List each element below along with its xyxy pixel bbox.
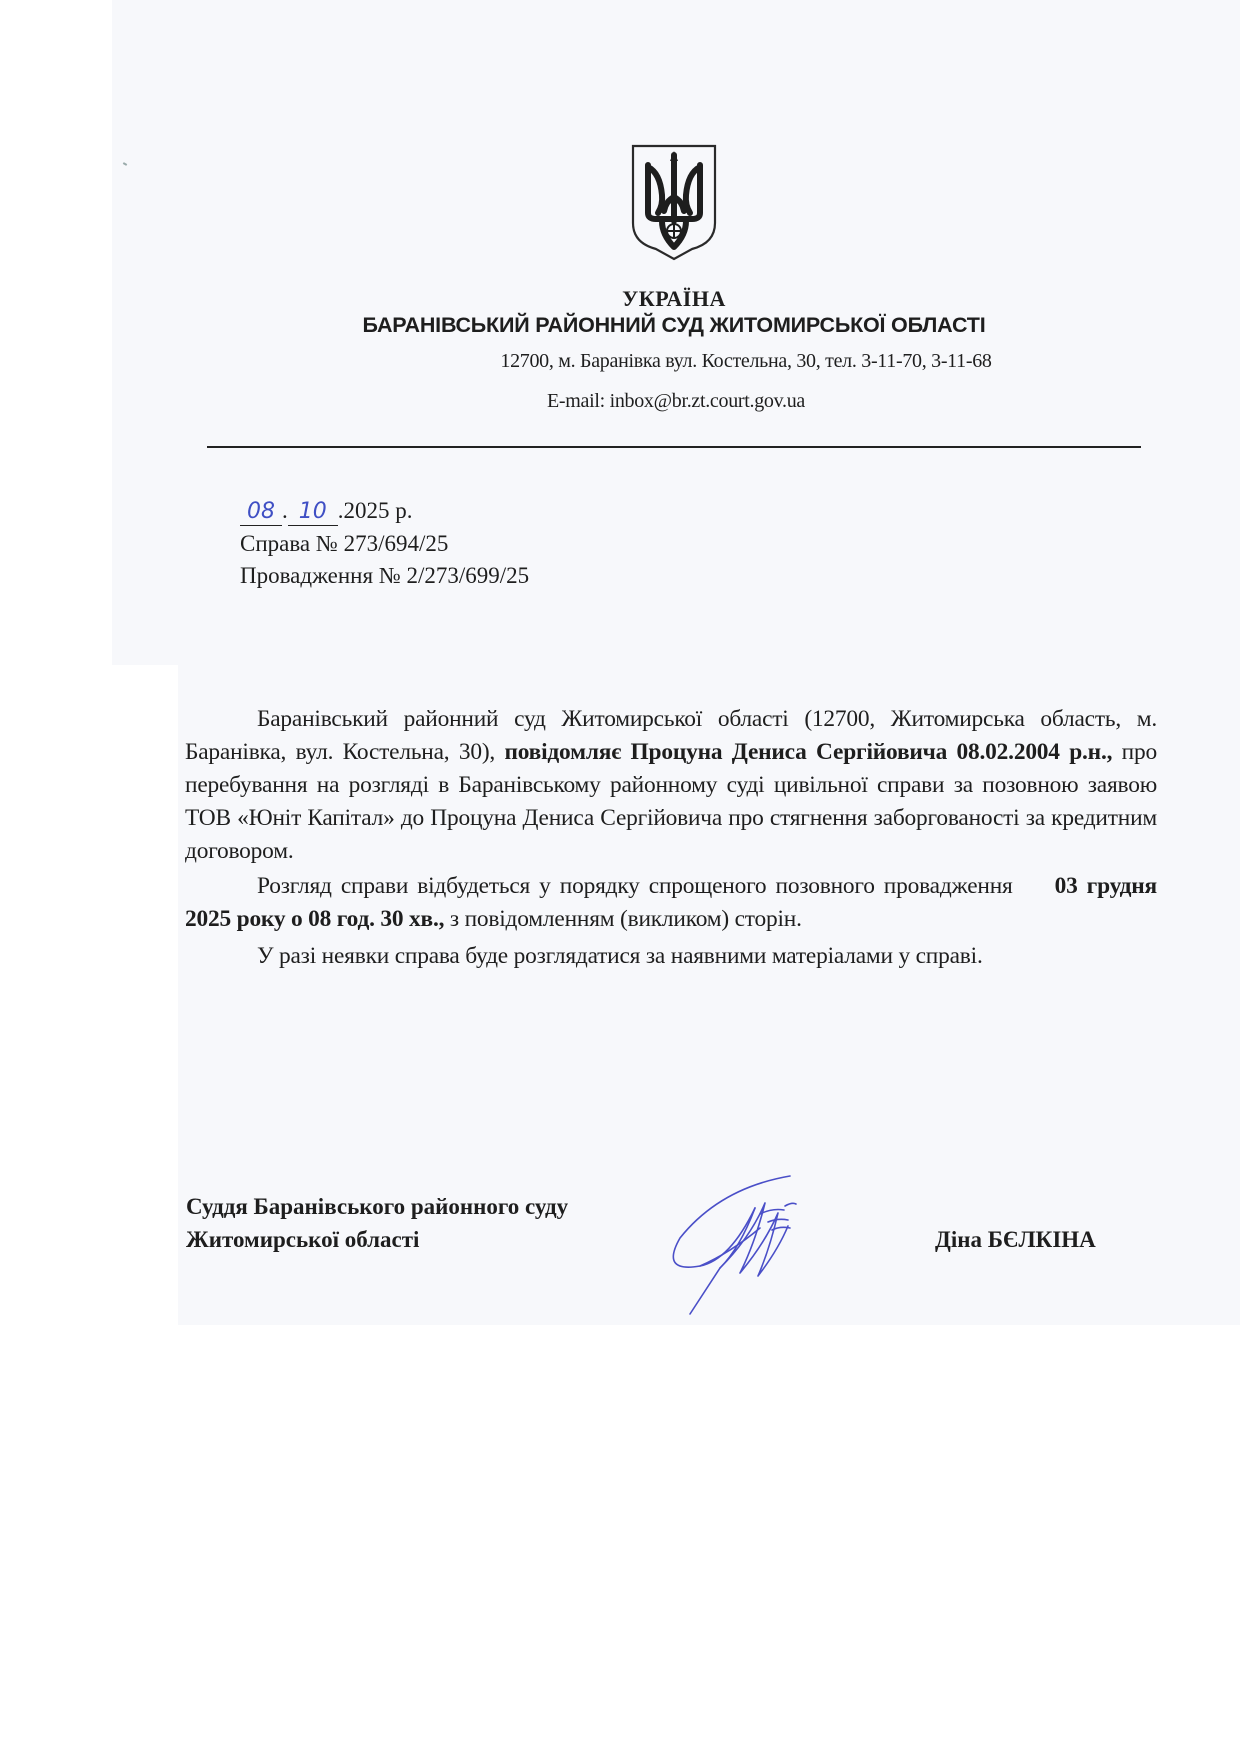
court-email: E-mail: inbox@br.zt.court.gov.ua bbox=[56, 390, 1240, 413]
letter-date: 08.10.2025 р. bbox=[240, 496, 413, 526]
country-heading: УКРАЇНА bbox=[54, 286, 1240, 312]
judge-title-line2: Житомирської області bbox=[186, 1223, 568, 1256]
proceeding-number: Провадження № 2/273/699/25 bbox=[240, 561, 529, 591]
paragraph-notice: Баранівський районний суд Житомирської о… bbox=[185, 703, 1157, 868]
notice-body: Баранівський районний суд Житомирської о… bbox=[185, 703, 1157, 973]
header-divider bbox=[207, 446, 1141, 448]
case-number: Справа № 273/694/25 bbox=[240, 529, 448, 559]
judge-name: Діна БЄЛКІНА bbox=[935, 1223, 1096, 1256]
paragraph-hearing-intro: Розгляд справи відбудеться у порядку спр… bbox=[257, 873, 1013, 899]
paragraph-absence: У разі неявки справа буде розглядатися з… bbox=[185, 940, 1157, 973]
court-name-heading: БАРАНІВСЬКИЙ РАЙОННИЙ СУД ЖИТОМИРСЬКОЇ О… bbox=[54, 313, 1240, 338]
handwritten-day: 08 bbox=[240, 499, 282, 526]
paragraph-hearing-rest: з повідомленням (викликом) сторін. bbox=[444, 906, 801, 932]
handwritten-month: 10 bbox=[288, 499, 338, 526]
court-address: 12700, м. Баранівка вул. Костельна, 30, … bbox=[126, 350, 1240, 373]
paragraph-hearing: Розгляд справи відбудеться у порядку спр… bbox=[185, 870, 1157, 936]
handwritten-signature-icon bbox=[660, 1168, 860, 1318]
judge-title: Суддя Баранівського районного суду Житом… bbox=[186, 1190, 568, 1256]
judge-title-line1: Суддя Баранівського районного суду bbox=[186, 1190, 568, 1223]
trident-coat-of-arms-icon bbox=[630, 143, 718, 261]
paragraph-notice-recipient: повідомляє Процуна Дениса Сергійовича 08… bbox=[504, 739, 1112, 765]
date-year: .2025 р. bbox=[338, 498, 413, 523]
